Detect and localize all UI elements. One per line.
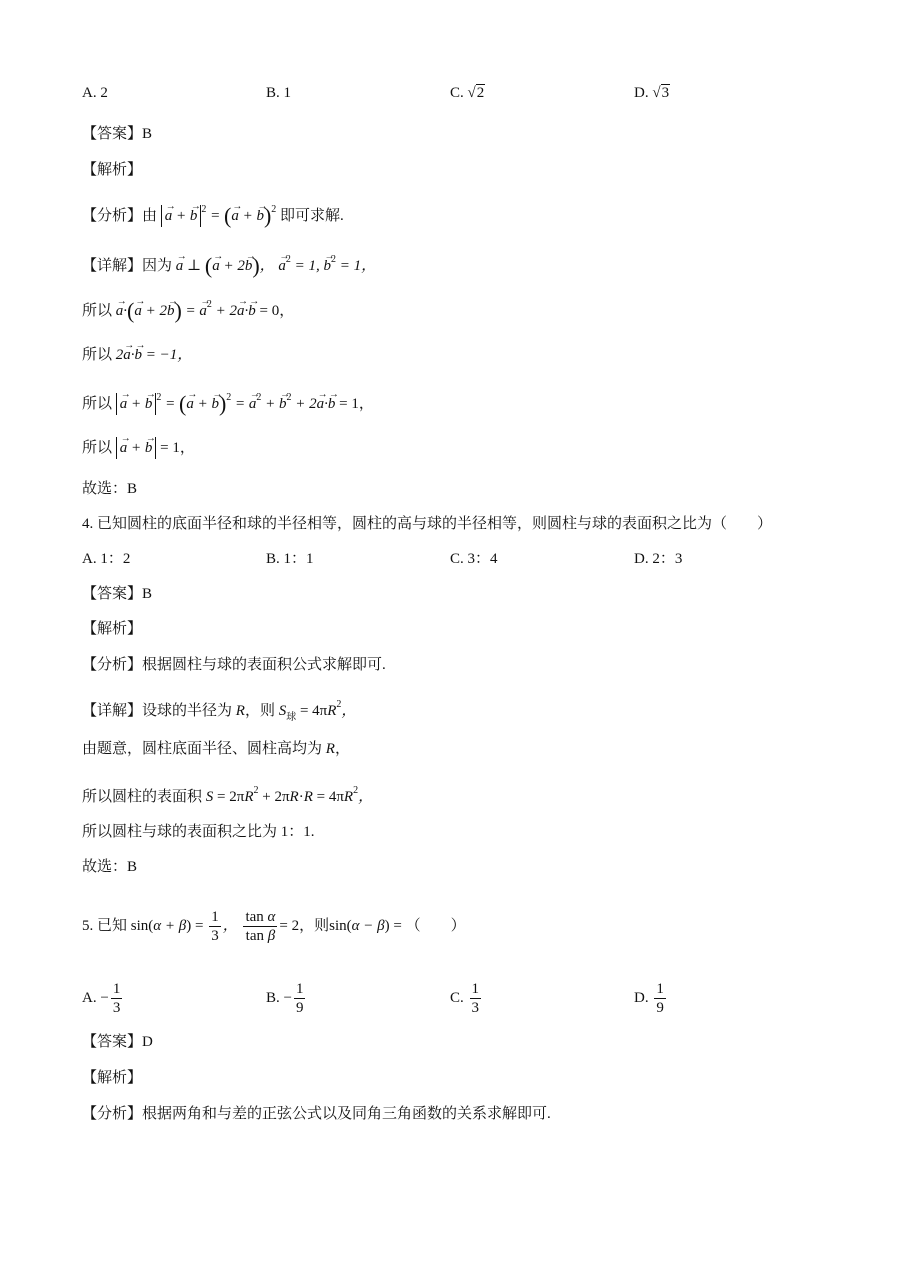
sqrt-3: √3 bbox=[652, 83, 670, 103]
q3-answer: 【答案】B bbox=[82, 124, 152, 144]
q4-option-c: C. 3：4 bbox=[450, 549, 498, 569]
formula: a + b2 = (a + b)2 = a2 + b2 + 2a·b = 1， bbox=[116, 396, 374, 412]
q3-step-3: 所以 a + b2 = (a + b)2 = a2 + b2 + 2a·b = … bbox=[82, 388, 374, 415]
q5-question: 5. 已知 sin(α + β) = 13， tan αtan β= 2，则si… bbox=[82, 908, 466, 945]
q3-xiangjie: 【详解】因为 a ⊥ (a + 2b)， a2 = 1, b2 = 1， bbox=[82, 250, 376, 276]
q4-step-3: 所以圆柱与球的表面积之比为 1：1. bbox=[82, 822, 315, 842]
q3-option-c: C. √2 bbox=[450, 83, 485, 103]
q4-step-1: 由题意，圆柱底面半径、圆柱高均为 R， bbox=[82, 739, 350, 759]
q3-step-2: 所以 2a·b = −1， bbox=[82, 345, 192, 365]
q3-option-c-label: C. bbox=[450, 85, 464, 101]
q4-conclusion: 故选：B bbox=[82, 857, 137, 877]
q5-fenxi: 【分析】根据两角和与差的正弦公式以及同角三角函数的关系求解即可. bbox=[82, 1104, 551, 1124]
formula: a·(a + 2b) = a2 + 2a·b = 0， bbox=[116, 303, 295, 319]
q3-conclusion: 故选：B bbox=[82, 479, 137, 499]
q4-xiangjie: 【详解】设球的半径为 R，则 S球 = 4πR2， bbox=[82, 695, 356, 728]
q5-option-d: D. 19 bbox=[634, 980, 668, 1017]
formula: 2a·b = −1， bbox=[116, 347, 193, 363]
q3-step-4: 所以 a + b = 1， bbox=[82, 437, 195, 459]
formula: a ⊥ (a + 2b)， a2 = 1, b2 = 1， bbox=[176, 258, 376, 274]
q3-option-a: A. 2 bbox=[82, 83, 108, 103]
formula: a + b2 = (a + b)2 bbox=[161, 208, 277, 224]
sqrt-2: √2 bbox=[468, 83, 486, 103]
q5-analysis-heading: 【解析】 bbox=[82, 1068, 142, 1088]
q4-question: 4. 已知圆柱的底面半径和球的半径相等，圆柱的高与球的半径相等，则圆柱与球的表面… bbox=[82, 514, 772, 534]
q4-step-2: 所以圆柱的表面积 S = 2πR2 + 2πR·R = 4πR2， bbox=[82, 781, 373, 807]
q3-step-1: 所以 a·(a + 2b) = a2 + 2a·b = 0， bbox=[82, 295, 294, 321]
q3-option-d: D. √3 bbox=[634, 83, 670, 103]
q3-analysis-heading: 【解析】 bbox=[82, 160, 142, 180]
q4-fenxi: 【分析】根据圆柱与球的表面积公式求解即可. bbox=[82, 655, 386, 675]
q3-fenxi: 【分析】由 a + b2 = (a + b)2 即可求解. bbox=[82, 200, 344, 227]
q4-option-b: B. 1：1 bbox=[266, 549, 314, 569]
q5-option-a: A. −13 bbox=[82, 980, 124, 1017]
q3-option-b: B. 1 bbox=[266, 83, 291, 103]
q4-option-a: A. 1：2 bbox=[82, 549, 130, 569]
q5-option-c: C. 13 bbox=[450, 980, 483, 1017]
formula: a + b = 1， bbox=[116, 440, 195, 456]
formula: S球 = 4πR2， bbox=[279, 703, 357, 719]
q5-answer: 【答案】D bbox=[82, 1032, 153, 1052]
q5-option-b: B. −19 bbox=[266, 980, 307, 1017]
q4-analysis-heading: 【解析】 bbox=[82, 619, 142, 639]
q4-answer: 【答案】B bbox=[82, 584, 152, 604]
formula: S = 2πR2 + 2πR·R = 4πR2， bbox=[206, 789, 373, 805]
formula: sin(α + β) = 13， tan αtan β= 2 bbox=[131, 918, 299, 934]
q4-option-d: D. 2：3 bbox=[634, 549, 682, 569]
q3-option-d-label: D. bbox=[634, 85, 649, 101]
